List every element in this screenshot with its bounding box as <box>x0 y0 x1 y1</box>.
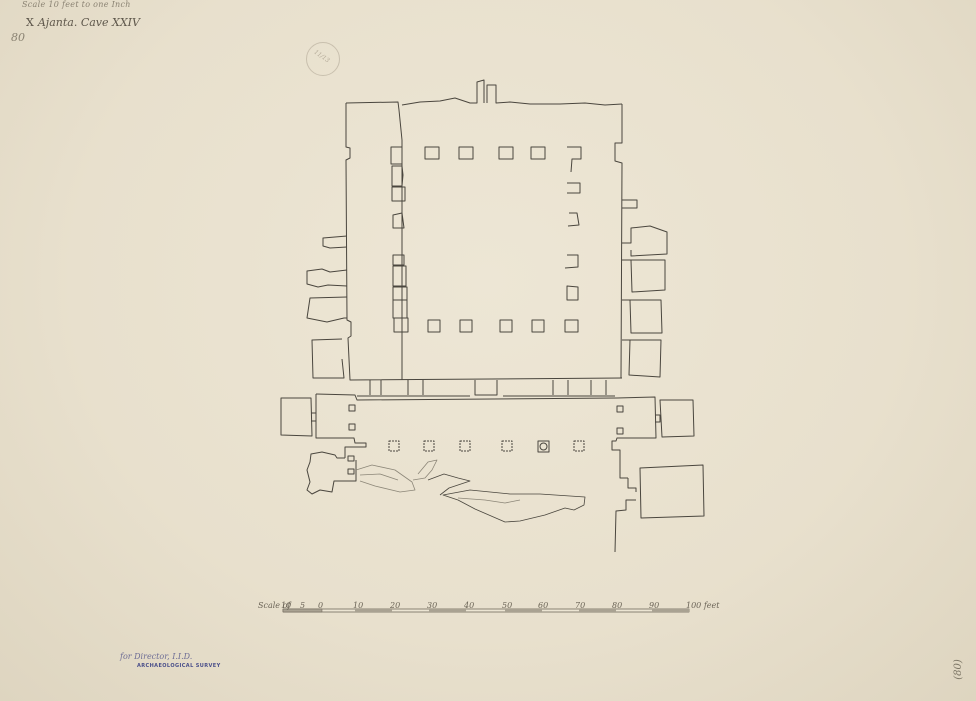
scale-tick-70: 70 <box>575 601 585 610</box>
scale-tick-90: 90 <box>649 601 659 610</box>
scale-tick-5: 5 <box>300 601 305 610</box>
scale-tick-100-feet: 100 feet <box>686 601 719 610</box>
rock-fragments <box>356 460 585 522</box>
scale-bar <box>283 609 689 612</box>
scale-tick-20: 20 <box>390 601 400 610</box>
right-cells <box>622 200 667 377</box>
floor-plan-drawing <box>0 0 976 701</box>
left-ruin-chamber <box>307 452 356 494</box>
scale-tick-50: 50 <box>502 601 512 610</box>
scale-tick-60: 60 <box>538 601 548 610</box>
scale-tick-10: 10 <box>353 601 363 610</box>
corner-annotation: (80) <box>953 659 964 680</box>
verandah <box>316 380 656 478</box>
scale-tick-30: 30 <box>427 601 437 610</box>
stamp-signature: for Director, I.I.D. <box>120 652 192 661</box>
scale-tick-40: 40 <box>464 601 474 610</box>
main-hall <box>346 80 622 380</box>
scale-tick-0: 0 <box>318 601 323 610</box>
left-cells <box>307 236 347 378</box>
scale-tick-10-left: 10 <box>281 601 291 610</box>
porch-chambers <box>281 398 704 552</box>
scale-tick-80: 80 <box>612 601 622 610</box>
stamp-organization: ARCHAEOLOGICAL SURVEY <box>137 663 221 669</box>
